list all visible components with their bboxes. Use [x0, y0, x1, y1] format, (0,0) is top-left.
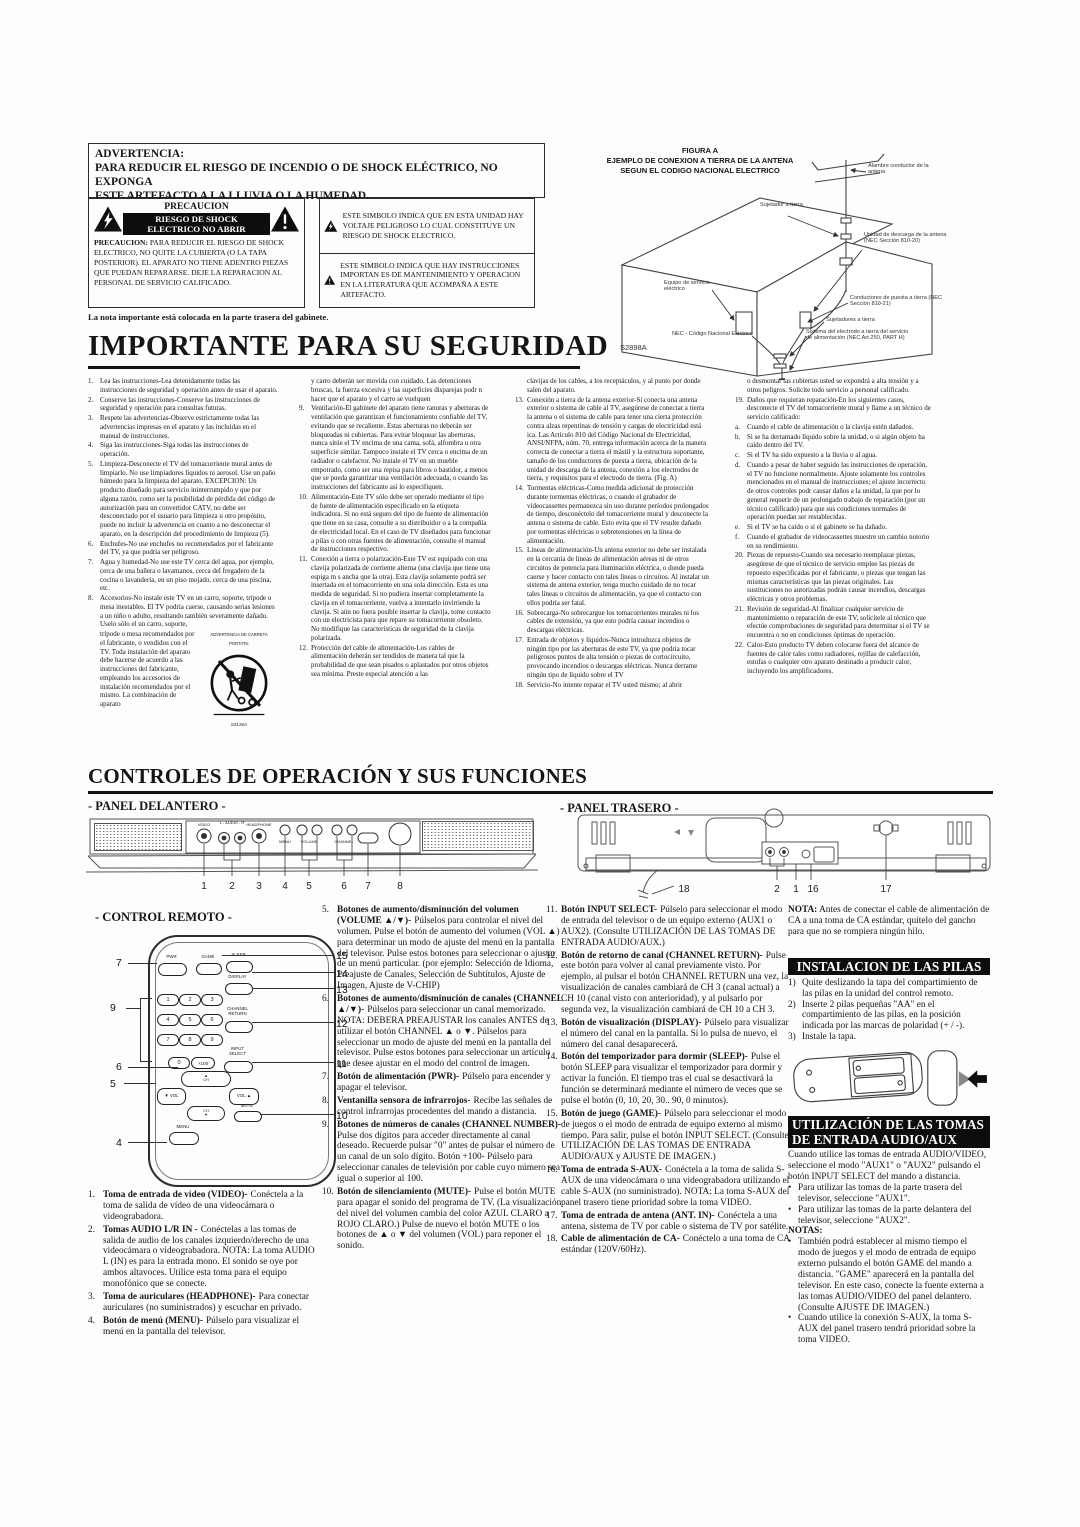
- fig-code: S2898A: [620, 344, 647, 353]
- svg-text:3: 3: [256, 881, 262, 892]
- safety-item: e.Si el TV se ha caído o si el gabinete …: [735, 523, 931, 532]
- lightning-triangle-icon: [93, 205, 123, 233]
- svg-text:1: 1: [793, 884, 799, 895]
- volume-down-button: ▼ VOL: [157, 1088, 186, 1105]
- digit-button: 7: [157, 1034, 179, 1046]
- controls-column-1: 1.Toma de entrada de vídeo (VIDEO)-Conéc…: [88, 1190, 320, 1339]
- fig-label-sujetador: Sujetador a tierra: [760, 202, 808, 208]
- digit-button: 1: [157, 994, 179, 1006]
- safety-item: b.Si se ha derramado líquido sobre la un…: [735, 433, 931, 451]
- controls-column-3: 11.Botón INPUT SELECT-Púlselo para selec…: [546, 905, 792, 1258]
- aux-bullets: •Para utilizar las tomas de la parte tra…: [788, 1183, 990, 1227]
- lightning-triangle-icon: [324, 211, 338, 241]
- menu-button: [169, 1132, 199, 1145]
- control-item: 9.Botones de números de canales (CHANNEL…: [322, 1120, 564, 1185]
- manual-page: ADVERTENCIA: PARA REDUCIR EL RIESGO DE I…: [0, 0, 1080, 1527]
- cart-warning-label: ADVERTENCIA DE CARRETA PORTATIL: [210, 632, 267, 646]
- safety-item: 18.Servicio-No intente reparar el TV ust…: [515, 681, 709, 690]
- exclamation-triangle-icon: [270, 205, 300, 233]
- svg-text:17: 17: [880, 884, 892, 895]
- display-button: [225, 983, 253, 995]
- channel-up-button: ▲CH: [181, 1071, 231, 1087]
- digit-button: 3: [201, 994, 223, 1006]
- remote-label: - CONTROL REMOTO -: [95, 910, 232, 925]
- control-item: 10.Botón de silenciamiento (MUTE)-Pulse …: [322, 1187, 564, 1252]
- fig-label-equipo: Equipo de servicio eléctrico: [664, 280, 716, 293]
- precaucion-box: PRECAUCION RIESGO DE SHOCK ELECTRICO NO …: [88, 198, 305, 308]
- safety-column-4: o desmontar las cubiertas usted se expon…: [735, 377, 931, 677]
- symbol-voltage-text: ESTE SIMBOLO INDICA QUE EN ESTA UNIDAD H…: [343, 211, 530, 241]
- safety-item: clavijas de los cables, a los receptácul…: [515, 377, 709, 395]
- advertencia-title: ADVERTENCIA:: [95, 147, 538, 161]
- safety-item: 6.Enchufes-No use enchufes no recomendad…: [88, 540, 278, 558]
- symbol-row-voltage: ESTE SIMBOLO INDICA QUE EN ESTA UNIDAD H…: [320, 199, 534, 253]
- svg-text:16: 16: [807, 884, 819, 895]
- safety-item: 10.Alimentación-Este TV sólo debe ser op…: [299, 493, 491, 554]
- svg-text:1: 1: [201, 881, 207, 892]
- rear-cabinet-note: La nota importante está colocada en la p…: [88, 312, 328, 322]
- digit-button: 4: [157, 1014, 179, 1026]
- aux-nota: •Cuando utilice la conexión S-AUX, la to…: [788, 1313, 990, 1346]
- symbol-instructions-text: ESTE SIMBOLO INDICA QUE HAY INSTRUCCIONE…: [340, 261, 530, 300]
- control-item: 5.Botones de aumento/disminución del vol…: [322, 905, 564, 992]
- safety-item: 19.Daños que requieran reparación-En los…: [735, 396, 931, 422]
- digit-button: 9: [201, 1034, 223, 1046]
- controls-column-4: NOTA: Antes de conectar el cable de alim…: [788, 905, 990, 1346]
- safety-item: 16.Sobrecarga-No sobrecargue los tomacor…: [515, 609, 709, 635]
- digit-button: 8: [179, 1034, 201, 1046]
- menu-button-label: MENU: [169, 1125, 197, 1130]
- exclamation-triangle-icon: [324, 265, 335, 295]
- svg-text:18: 18: [678, 884, 690, 895]
- safety-item: 22.Calor-Esto producto TV deben colocars…: [735, 641, 931, 676]
- safety-item: 17.Entrada de objetos y líquidos-Nunca i…: [515, 636, 709, 680]
- section-rule: [88, 791, 993, 794]
- safety-column-1: 1.Lea las instrucciones-Lea detenidament…: [88, 377, 278, 729]
- safety-title: IMPORTANTE PARA SU SEGURIDAD: [88, 330, 608, 363]
- control-item: 1.Toma de entrada de vídeo (VIDEO)-Conéc…: [88, 1190, 320, 1223]
- control-item: 8.Ventanilla sensora de infrarrojos-Reci…: [322, 1096, 564, 1118]
- battery-step: 1)Quite deslizando la tapa del compartim…: [788, 978, 990, 1000]
- control-item: 16.Toma de entrada S-AUX-Conéctela a la …: [546, 1165, 792, 1209]
- game-button-label: GAME: [196, 955, 220, 960]
- safety-item-8-continuation: ADVERTENCIA DE CARRETA PORTATIL S3125A t: [88, 630, 278, 709]
- symbols-box: ESTE SIMBOLO INDICA QUE EN ESTA UNIDAD H…: [319, 198, 535, 308]
- battery-step: 3)Instale la tapa.: [788, 1032, 990, 1043]
- safety-item: o desmontar las cubiertas usted se expon…: [735, 377, 931, 395]
- battery-install-header: INSTALACION DE LAS PILAS: [788, 958, 990, 975]
- notas-label: NOTAS:: [788, 1226, 990, 1237]
- digit-buttons: 123456789: [157, 994, 221, 1046]
- safety-item: 14.Tormentas eléctricas-Como medida adic…: [515, 484, 709, 545]
- safety-column-2: y carro deberán ser movida con cuidado. …: [299, 377, 491, 680]
- control-item: 14.Botón del temporizador para dormir (S…: [546, 1052, 792, 1106]
- battery-install-steps: 1)Quite deslizando la tapa del compartim…: [788, 978, 990, 1043]
- control-item: 12.Botón de retorno de canal (CHANNEL RE…: [546, 951, 792, 1016]
- channel-return-label: CHANNEL RETURN: [222, 1007, 253, 1016]
- cart-code: S3125A: [231, 722, 247, 727]
- front-speaker-grille-right: [422, 821, 534, 851]
- mute-button: [234, 1111, 262, 1122]
- control-item: 3.Toma de auriculares (HEADPHONE)-Para c…: [88, 1292, 320, 1314]
- fig-label-alambre: Alambre conductor de la antena: [868, 163, 930, 176]
- cart-warning-figure: ADVERTENCIA DE CARRETA PORTATIL S3125A: [200, 630, 278, 729]
- control-item: 18.Cable de alimentación de CA-Conéctelo…: [546, 1234, 792, 1256]
- control-item: 11.Botón INPUT SELECT-Púlselo para selec…: [546, 905, 792, 949]
- safety-item: y carro deberán ser movida con cuidado. …: [299, 377, 491, 403]
- precaucion-body: PRECAUCION: PARA REDUCIR EL RIESGO DE SH…: [89, 236, 304, 289]
- control-item: 7.Botón de alimentación (PWR)-Púlselo pa…: [322, 1072, 564, 1094]
- digit-button: 5: [179, 1014, 201, 1026]
- control-item: 2.Tomas AUDIO L/R IN -Conéctelas a las t…: [88, 1225, 320, 1290]
- advertencia-line1: PARA REDUCIR EL RIESGO DE INCENDIO O DE …: [95, 161, 538, 189]
- symbol-row-instructions: ESTE SIMBOLO INDICA QUE HAY INSTRUCCIONE…: [320, 253, 534, 308]
- control-item: 17.Toma de entrada de antena (ANT. IN)-C…: [546, 1211, 792, 1233]
- svg-text:VIDEO: VIDEO: [198, 822, 210, 827]
- svg-text:8: 8: [397, 881, 403, 892]
- safety-column-3: clavijas de los cables, a los receptácul…: [515, 377, 709, 690]
- advertencia-box: ADVERTENCIA: PARA REDUCIR EL RIESGO DE I…: [88, 143, 545, 198]
- digit-button: 6: [201, 1014, 223, 1026]
- control-item: 13.Botón de visualización (DISPLAY)-Púls…: [546, 1018, 792, 1051]
- svg-text:2: 2: [774, 884, 780, 895]
- controls-section-title: CONTROLES DE OPERACIÓN Y SUS FUNCIONES: [88, 764, 587, 789]
- mute-button-label: MUTE: [234, 1104, 260, 1109]
- remote-callout-4: 4: [116, 1137, 122, 1149]
- fig-label-sistema-electrodo: Sistema del electrodo a tierra del servi…: [806, 329, 910, 342]
- remote-callout-6: 6: [116, 1061, 122, 1073]
- svg-text:6: 6: [341, 881, 347, 892]
- svg-text:2: 2: [229, 881, 235, 892]
- svg-text:5: 5: [306, 881, 312, 892]
- safety-item: 2.Conserve las instrucciones-Conserve la…: [88, 396, 278, 414]
- fig-label-conductores: Conductores de puesta a tierra (NEC Secc…: [850, 295, 962, 308]
- aux-nota: •También podrá establecer al mismo tiemp…: [788, 1237, 990, 1313]
- safety-item: 5.Limpieza-Desconecte el TV del tomacorr…: [88, 460, 278, 539]
- safety-item: 11.Conexión a tierra o polarización-Este…: [299, 555, 491, 643]
- safety-item: c.Si el TV ha sido expuesto a la lluvia …: [735, 451, 931, 460]
- safety-item: a.Cuando el cable de alimentación o la c…: [735, 423, 931, 432]
- battery-step: 2)Inserte 2 pilas pequeñas "AA" en el co…: [788, 1000, 990, 1033]
- svg-text:VOLUME: VOLUME: [301, 839, 318, 844]
- safety-item: 1.Lea las instrucciones-Lea detenidament…: [88, 377, 278, 395]
- safety-item: 8.Accesorios-No instale este TV en un ca…: [88, 594, 278, 629]
- aux-bullet: •Para utilizar las tomas de la parte del…: [788, 1205, 990, 1227]
- safety-item: 20.Piezas de repuesto-Cuando sea necesar…: [735, 551, 931, 604]
- safety-item: 3.Respete las advertencias-Observe estri…: [88, 414, 278, 440]
- fig-label-nec: NEC - Código Nacional Eléctrico: [672, 331, 802, 337]
- game-button: [196, 963, 222, 975]
- title-rule: [88, 366, 580, 369]
- digit-button: 2: [179, 994, 201, 1006]
- pwr-button-label: PWR: [158, 955, 185, 960]
- svg-text:4: 4: [282, 881, 288, 892]
- sleep-button: [226, 961, 253, 973]
- safety-item: 12.Protección del cable de alimentación-…: [299, 644, 491, 679]
- fig-label-unidad-descarga: Unidad de descarga de la antena (NEC Sec…: [864, 232, 950, 245]
- aux-intro: Cuando utilice las tomas de entrada AUDI…: [788, 1150, 990, 1183]
- aux-notas: •También podrá establecer al mismo tiemp…: [788, 1237, 990, 1346]
- safety-item: 7.Agua y humedad-No use este TV cerca de…: [88, 558, 278, 593]
- control-item: 6.Botones de aumento/disminución de cana…: [322, 994, 564, 1070]
- input-select-button: [224, 1061, 253, 1073]
- fig-label-sujetadores: Sujetadores a tierra: [826, 317, 906, 323]
- aux-bullet: •Para utilizar las tomas de la parte tra…: [788, 1183, 990, 1205]
- cart-warning-icon: [206, 648, 272, 718]
- remote-callout-9: 9: [110, 1002, 116, 1014]
- svg-text:L - AUDIO - R: L - AUDIO - R: [220, 820, 245, 825]
- safety-item: f.Cuando el grabador de videocassettes m…: [735, 533, 931, 551]
- display-button-label: DISPLAY: [223, 975, 252, 980]
- control-item: 15.Botón de juego (GAME)-Púlselo para se…: [546, 1109, 792, 1163]
- ac-cord-note: NOTA: Antes de conectar el cable de alim…: [788, 905, 990, 938]
- svg-text:HEADPHONE: HEADPHONE: [246, 822, 272, 827]
- safety-item: 4.Siga las instrucciones-Siga todas las …: [88, 441, 278, 459]
- safety-item: 21.Revisión de seguridad-Al finalizar cu…: [735, 605, 931, 640]
- channel-return-button: [225, 1021, 253, 1033]
- control-item: 4.Botón de menú (MENU)-Púlselo para visu…: [88, 1316, 320, 1338]
- battery-compartment-diagram: [788, 1046, 990, 1110]
- controls-column-2: 5.Botones de aumento/disminución del vol…: [322, 905, 564, 1254]
- plus-100-button: +100: [191, 1057, 215, 1069]
- input-select-label: INPUT SELECT: [222, 1047, 253, 1056]
- aux-usage-header: UTILIZACIÓN DE LAS TOMAS DE ENTRADA AUDI…: [788, 1116, 990, 1148]
- precaucion-title: PRECAUCION: [123, 202, 270, 212]
- remote-callout-5: 5: [110, 1078, 116, 1090]
- safety-item: 13.Conexión a tierra de la antena exteri…: [515, 396, 709, 484]
- channel-down-button: CH▼: [187, 1106, 225, 1121]
- remote-callout-7: 7: [116, 957, 122, 969]
- pwr-button: [158, 963, 187, 976]
- safety-item: 15.Líneas de alimentación-Un antena exte…: [515, 546, 709, 607]
- safety-item: d.Cuando a pesar de haber seguido las in…: [735, 461, 931, 522]
- rear-panel-diagram: 18 2 1 16 17: [556, 806, 1006, 901]
- safety-item: 9.Ventilación-El gabinete del aparato ti…: [299, 404, 491, 492]
- svg-text:7: 7: [365, 881, 371, 892]
- front-speaker-grille-left: [94, 823, 182, 851]
- precaucion-bar: RIESGO DE SHOCK ELECTRICO NO ABRIR: [123, 213, 270, 235]
- svg-text:CHANNEL: CHANNEL: [334, 839, 354, 844]
